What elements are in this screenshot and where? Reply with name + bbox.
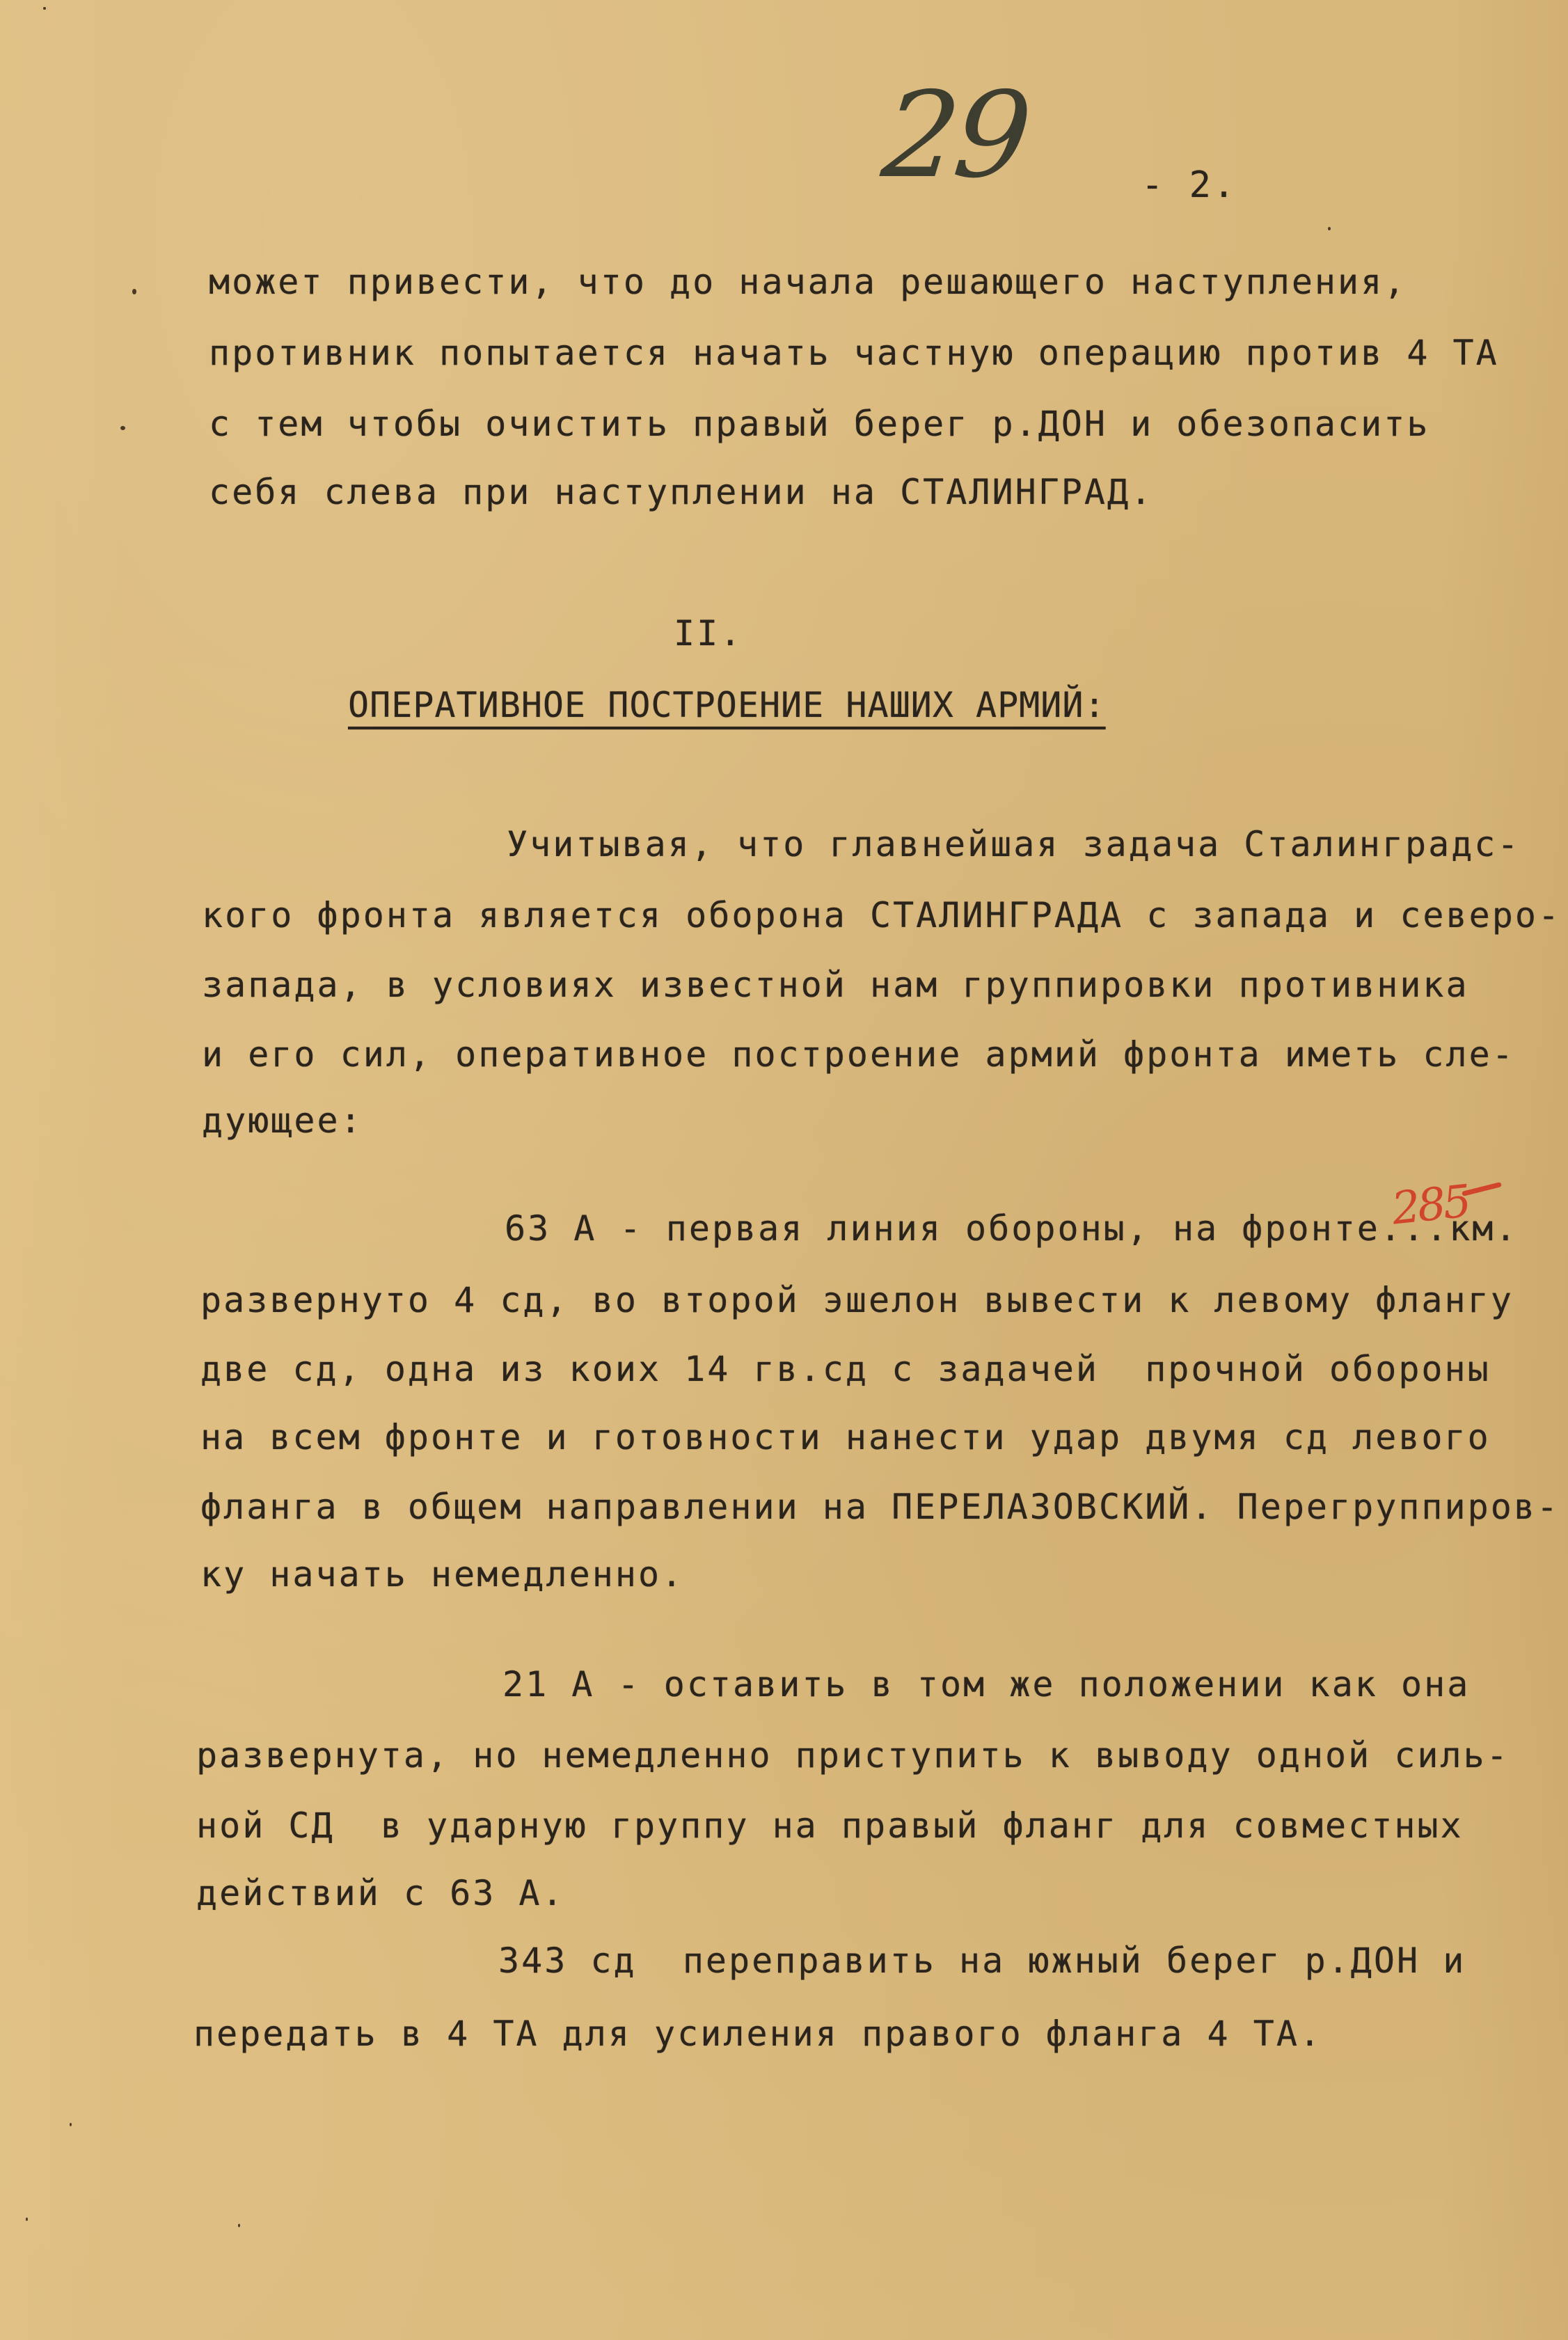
text-line: 343 сд переправить на южный берег р.ДОН … (498, 1943, 1466, 1978)
paper-speck (1328, 227, 1331, 230)
paper-speck (70, 2123, 72, 2126)
text-line: запада, в условиях известной нам группир… (202, 967, 1469, 1002)
text-line: ной СД в ударную группу на правый фланг … (196, 1808, 1464, 1843)
paper-speck (238, 2224, 240, 2227)
text-line: противник попытается начать частную опер… (209, 335, 1499, 370)
text-line: Учитывая, что главнейшая задача Сталингр… (507, 827, 1521, 862)
text-line: кого фронта является оборона СТАЛИНГРАДА… (202, 898, 1561, 933)
paper-speck (132, 289, 136, 294)
section-number: II. (674, 616, 743, 651)
text-line: 21 А - оставить в том же положении как о… (502, 1667, 1470, 1702)
text-line: может привести, что до начала решающего … (209, 264, 1407, 299)
text-line: действий с 63 А. (196, 1876, 565, 1911)
text-line: развернута, но немедленно приступить к в… (196, 1738, 1510, 1773)
paper-speck (43, 7, 46, 10)
text-line: фланга в общем направлении на ПЕРЕЛАЗОВС… (200, 1489, 1560, 1524)
page-number: - 2. (1141, 167, 1237, 203)
archival-document-page: 29 - 2. может привести, что до начала ре… (0, 0, 1568, 2340)
text-line: ку начать немедленно. (200, 1557, 684, 1592)
text-line: дующее: (202, 1103, 363, 1138)
paper-speck (26, 2218, 28, 2221)
red-annotation-underline (1462, 1182, 1502, 1196)
text-line: передать в 4 ТА для усиления правого фла… (193, 2016, 1322, 2051)
handwritten-folio-number: 29 (878, 77, 1032, 195)
text-line: с тем чтобы очистить правый берег р.ДОН … (209, 406, 1430, 441)
paper-speck (120, 426, 125, 430)
text-line: развернуто 4 сд, во второй эшелон вывест… (200, 1283, 1514, 1318)
text-line: и его сил, оперативное построение армий … (202, 1037, 1515, 1072)
text-line: две сд, одна из коих 14 гв.сд с задачей … (200, 1352, 1491, 1386)
text-line: на всем фронте и готовности нанести удар… (200, 1420, 1491, 1455)
text-line: себя слева при наступлении на СТАЛИНГРАД… (209, 475, 1153, 509)
handwritten-red-annotation: 285 (1390, 1179, 1471, 1231)
text-line: 63 А - первая линия обороны, на фронте..… (505, 1211, 1519, 1246)
section-title: ОПЕРАТИВНОЕ ПОСТРОЕНИЕ НАШИХ АРМИЙ: (348, 688, 1106, 722)
